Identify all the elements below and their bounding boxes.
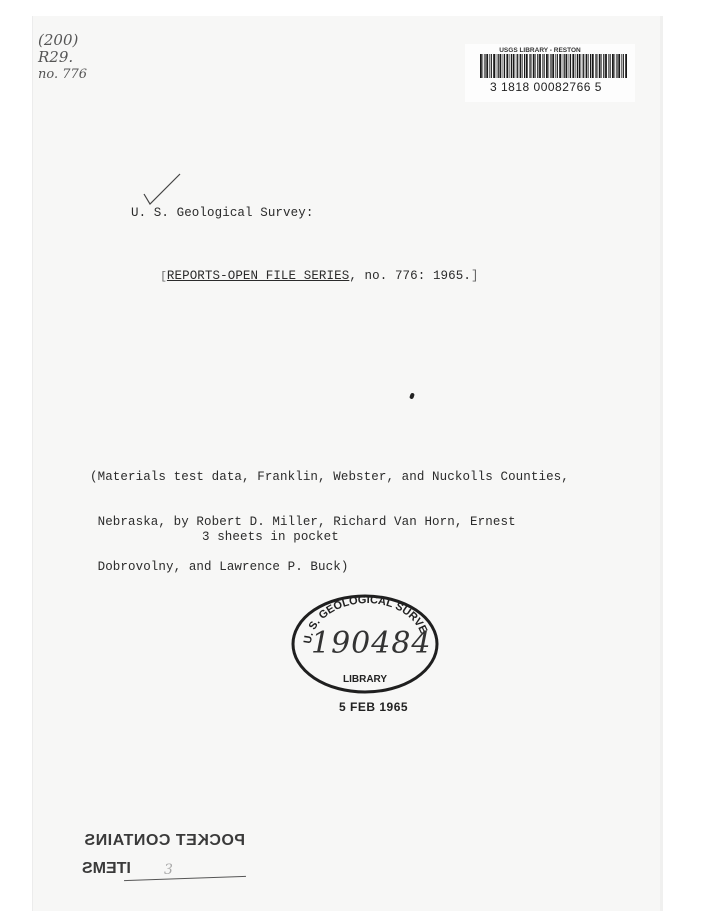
series-title: REPORTS-OPEN FILE SERIES [167,269,349,283]
pocket-note: 3 sheets in pocket [202,530,339,544]
barcode-icon [480,54,628,78]
stamp-date: 5 FEB 1965 [339,700,408,714]
pocket-item-count: 3 [164,862,173,878]
heading: U. S. Geological Survey: [131,206,313,220]
page-edge [660,16,663,911]
library-stamp: U. S. GEOLOGICAL SURVEY 190484 LIBRARY [289,592,441,696]
series-number: , no. 776: 1965. [349,269,471,283]
pocket-stamp: POCKET CONTAINS ITEMS 3 [82,832,252,898]
description: (Materials test data, Franklin, Webster,… [90,440,569,590]
description-line-3: Dobrovolny, and Lawrence P. Buck) [90,560,569,575]
description-line-2: Nebraska, by Robert D. Miller, Richard V… [90,515,569,530]
call-number-line-1: (200) [38,32,87,49]
bracket-open: [ [160,271,167,283]
description-line-1: (Materials test data, Franklin, Webster,… [90,470,569,485]
call-number-line-2: R29. [38,49,87,66]
barcode-title: USGS LIBRARY - RESTON [465,47,615,54]
pocket-stamp-rule [124,876,246,881]
pocket-stamp-line-1: POCKET CONTAINS [84,832,245,850]
barcode-label: USGS LIBRARY - RESTON 3 1818 00082766 5 [465,44,635,102]
handwritten-call-number: (200) R29. no. 776 [38,32,87,83]
accession-number: 190484 [311,626,432,661]
series-line: [REPORTS-OPEN FILE SERIES, no. 776: 1965… [145,255,479,283]
bracket-close: ] [471,269,479,283]
call-number-line-3: no. 776 [38,66,87,83]
pocket-stamp-line-2: ITEMS [82,860,131,878]
barcode-number: 3 1818 00082766 5 [490,80,602,94]
stamp-library-text: LIBRARY [343,674,387,685]
